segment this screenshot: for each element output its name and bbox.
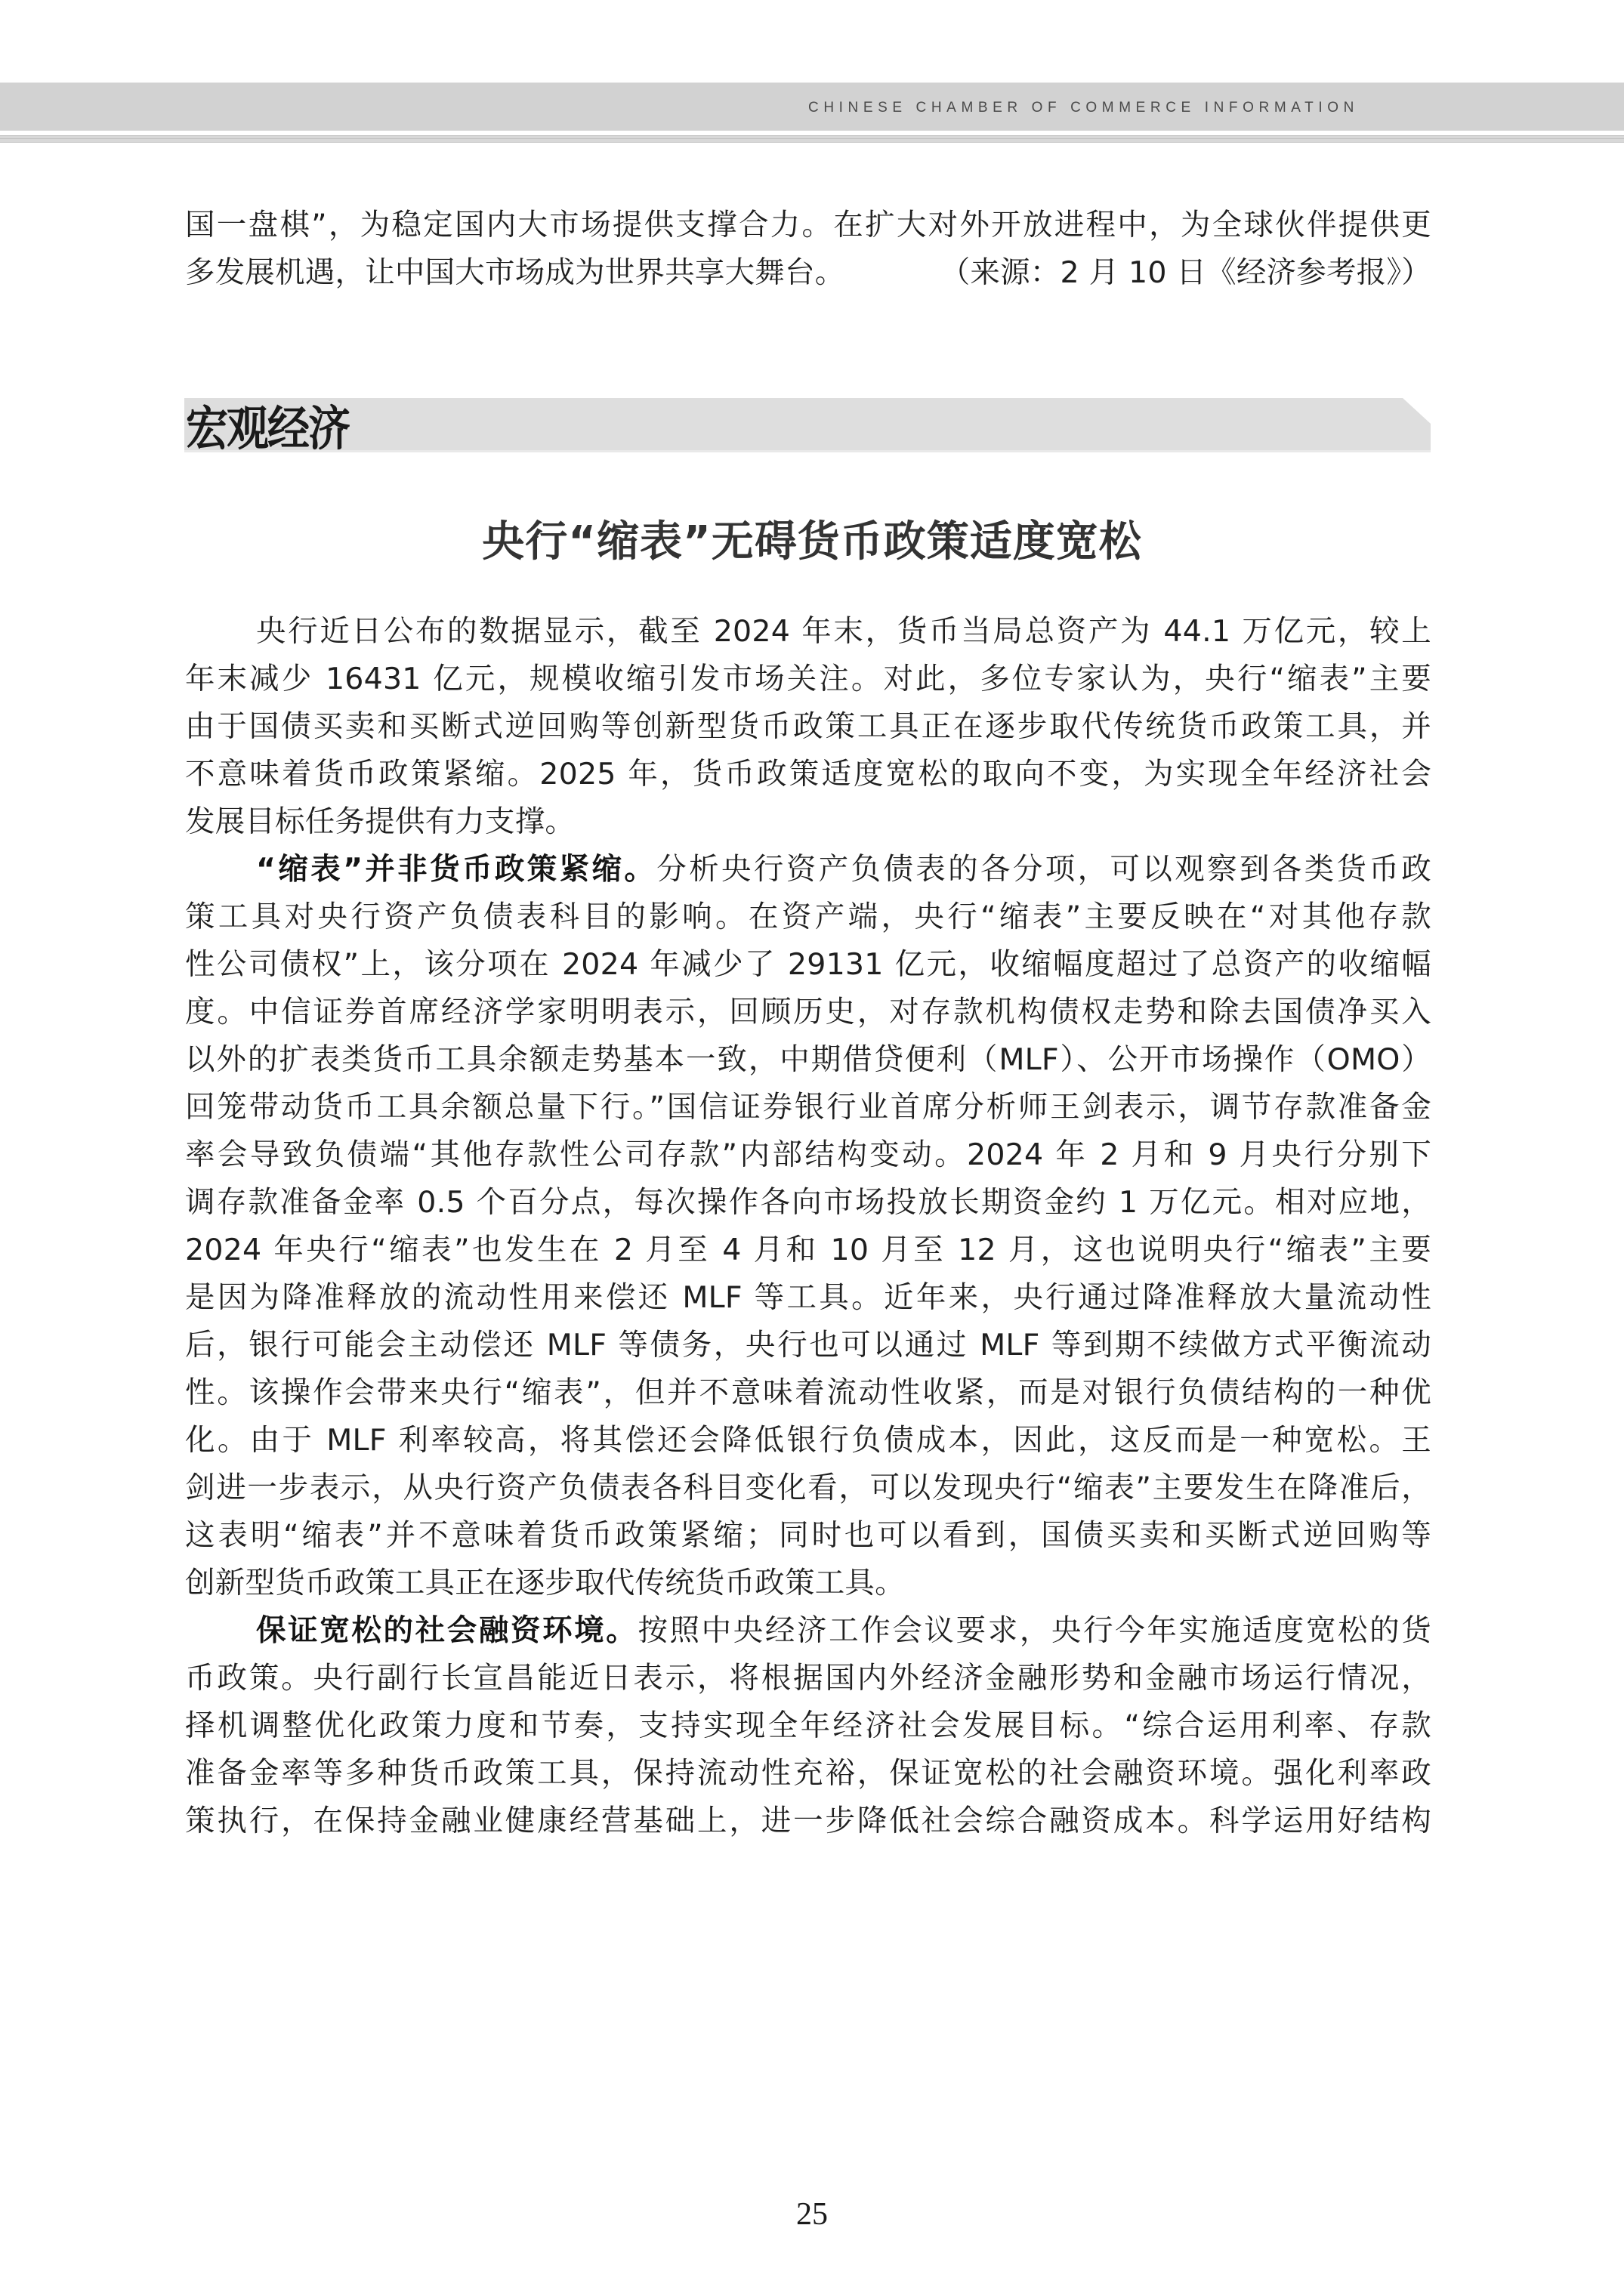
text-line: 调存款准备金率 0.5 个百分点，每次操作各向市场投放长期资金约 1 万亿元。相… (185, 1179, 1431, 1227)
text-line: 度。中信证券首席经济学家明明表示，回顾历史，对存款机构债权走势和除去国债净买入 (185, 989, 1431, 1036)
text-line: 币政策。央行副行长宣昌能近日表示，将根据国内外经济金融形势和金融市场运行情况， (185, 1655, 1431, 1702)
text-line: 发展目标任务提供有力支撑。 (185, 798, 1431, 846)
text-line: 是因为降准释放的流动性用来偿还 MLF 等工具。近年来，央行通过降准释放大量流动… (185, 1274, 1431, 1322)
article-title: 央行“缩表”无碍货币政策适度宽松 (0, 516, 1624, 569)
paragraph-3: 保证宽松的社会融资环境。按照中央经济工作会议要求，央行今年实施适度宽松的货 币政… (185, 1607, 1431, 1845)
paragraph-1: 央行近日公布的数据显示，截至 2024 年末，货币当局总资产为 44.1 万亿元… (185, 608, 1431, 846)
source-citation: （来源：2 月 10 日《经济参考报》） (940, 249, 1431, 297)
text-line: 性公司债权”上，该分项在 2024 年减少了 29131 亿元，收缩幅度超过了总… (185, 941, 1431, 989)
section-title: 宏观经济 (186, 401, 349, 457)
text-line: 策执行，在保持金融业健康经营基础上，进一步降低社会综合融资成本。科学运用好结构 (185, 1798, 1431, 1845)
text-line: 保证宽松的社会融资环境。按照中央经济工作会议要求，央行今年实施适度宽松的货 (185, 1607, 1431, 1655)
publication-name: CHINESE CHAMBER OF COMMERCE INFORMATION (808, 100, 1359, 116)
paragraph-2: “缩表”并非货币政策紧缩。分析央行资产负债表的各分项，可以观察到各类货币政 策工… (185, 846, 1431, 1607)
previous-article-tail: 国一盘棋”，为稳定国内大市场提供支撑合力。在扩大对外开放进程中，为全球伙伴提供更… (185, 202, 1431, 297)
text-line: 化。由于 MLF 利率较高，将其偿还会降低银行负债成本，因此，这反而是一种宽松。… (185, 1417, 1431, 1464)
text-line: 央行近日公布的数据显示，截至 2024 年末，货币当局总资产为 44.1 万亿元… (185, 608, 1431, 656)
article-body: 央行近日公布的数据显示，截至 2024 年末，货币当局总资产为 44.1 万亿元… (185, 608, 1431, 1845)
text-line: 择机调整优化政策力度和节奏，支持实现全年经济社会发展目标。“综合运用利率、存款 (185, 1702, 1431, 1750)
text-line: 国一盘棋”，为稳定国内大市场提供支撑合力。在扩大对外开放进程中，为全球伙伴提供更 (185, 202, 1431, 249)
text-line: 年末减少 16431 亿元，规模收缩引发市场关注。对此，多位专家认为，央行“缩表… (185, 656, 1431, 703)
text-line: 由于国债买卖和买断式逆回购等创新型货币政策工具正在逐步取代传统货币政策工具，并 (185, 703, 1431, 751)
text-line: 回笼带动货币工具余额总量下行。”国信证券银行业首席分析师王剑表示，调节存款准备金 (185, 1084, 1431, 1131)
text-line: “缩表”并非货币政策紧缩。分析央行资产负债表的各分项，可以观察到各类货币政 (185, 846, 1431, 893)
paragraph-lead: 保证宽松的社会融资环境。 (256, 1613, 638, 1648)
text-line: 创新型货币政策工具正在逐步取代传统货币政策工具。 (185, 1560, 1431, 1607)
text-line: 2024 年央行“缩表”也发生在 2 月至 4 月和 10 月至 12 月，这也… (185, 1227, 1431, 1274)
text-line: 这表明“缩表”并不意味着货币政策紧缩；同时也可以看到，国债买卖和买断式逆回购等 (185, 1512, 1431, 1560)
text-line: 率会导致负债端“其他存款性公司存款”内部结构变动。2024 年 2 月和 9 月… (185, 1131, 1431, 1179)
page-number: 25 (0, 2196, 1624, 2233)
text-line: 以外的扩表类货币工具余额走势基本一致，中期借贷便利（MLF）、公开市场操作（OM… (185, 1036, 1431, 1084)
header-divider (0, 135, 1624, 143)
running-header-bar: CHINESE CHAMBER OF COMMERCE INFORMATION (0, 82, 1624, 131)
section-banner (184, 398, 1431, 452)
section-banner-shadow (184, 450, 1431, 452)
previous-article-last-row: 多发展机遇，让中国大市场成为世界共享大舞台。 （来源：2 月 10 日《经济参考… (185, 249, 1431, 297)
paragraph-lead: “缩表”并非货币政策紧缩。 (256, 852, 656, 887)
text-run: 分析央行资产负债表的各分项，可以观察到各类货币政 (656, 852, 1431, 887)
text-line: 准备金率等多种货币政策工具，保持流动性充裕，保证宽松的社会融资环境。强化利率政 (185, 1750, 1431, 1798)
text-line: 性。该操作会带来央行“缩表”，但并不意味着流动性收紧，而是对银行负债结构的一种优 (185, 1369, 1431, 1417)
text-line: 剑进一步表示，从央行资产负债表各科目变化看，可以发现央行“缩表”主要发生在降准后… (185, 1464, 1431, 1512)
text-line: 策工具对央行资产负债表科目的影响。在资产端，央行“缩表”主要反映在“对其他存款 (185, 893, 1431, 941)
text-line: 后，银行可能会主动偿还 MLF 等债务，央行也可以通过 MLF 等到期不续做方式… (185, 1322, 1431, 1369)
text-run: 按照中央经济工作会议要求，央行今年实施适度宽松的货 (638, 1613, 1431, 1648)
text-line: 多发展机遇，让中国大市场成为世界共享大舞台。 (185, 249, 844, 297)
text-line: 不意味着货币政策紧缩。2025 年，货币政策适度宽松的取向不变，为实现全年经济社… (185, 751, 1431, 798)
